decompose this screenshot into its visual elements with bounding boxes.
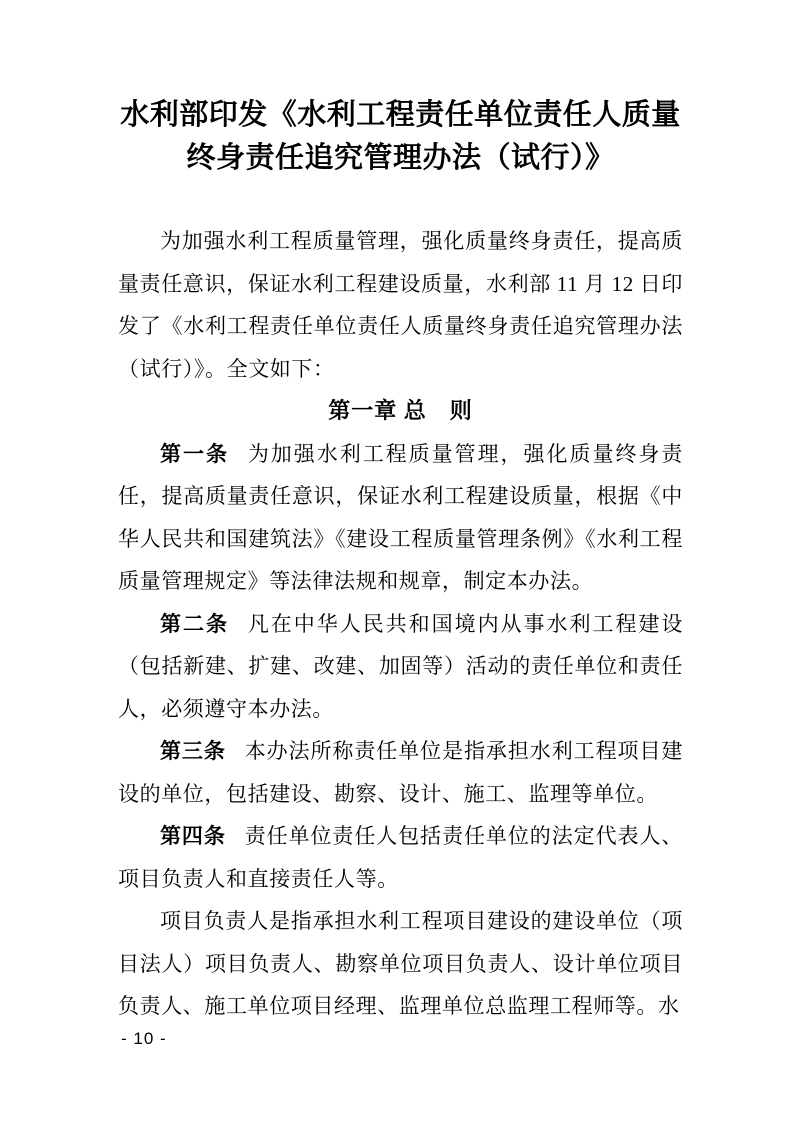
chapter-heading: 第一章 总 则 — [118, 390, 683, 433]
document-title-line-2: 终身责任追究管理办法（试行）》 — [118, 137, 683, 180]
document-page: 水利部印发《水利工程责任单位责任人质量 终身责任追究管理办法（试行）》 为加强水… — [0, 0, 800, 1131]
document-title-line-1: 水利部印发《水利工程责任单位责任人质量 — [118, 94, 683, 137]
page-number: - 10 - — [121, 1028, 167, 1050]
article-1: 第一条为加强水利工程质量管理，强化质量终身责任，提高质量责任意识，保证水利工程建… — [118, 433, 683, 603]
article-4-label: 第四条 — [160, 824, 226, 848]
intro-paragraph: 为加强水利工程质量管理，强化质量终身责任，提高质量责任意识，保证水利工程建设质量… — [118, 220, 683, 390]
closing-paragraph: 项目负责人是指承担水利工程项目建设的建设单位（项目法人）项目负责人、勘察单位项目… — [118, 900, 683, 1028]
article-2: 第二条凡在中华人民共和国境内从事水利工程建设（包括新建、扩建、改建、加固等）活动… — [118, 603, 683, 731]
article-2-label: 第二条 — [160, 612, 229, 636]
article-3: 第三条本办法所称责任单位是指承担水利工程项目建设的单位，包括建设、勘察、设计、施… — [118, 730, 683, 815]
article-4: 第四条责任单位责任人包括责任单位的法定代表人、项目负责人和直接责任人等。 — [118, 815, 683, 900]
article-3-label: 第三条 — [160, 739, 226, 763]
document-title: 水利部印发《水利工程责任单位责任人质量 终身责任追究管理办法（试行）》 — [118, 94, 683, 180]
article-1-label: 第一条 — [160, 442, 229, 466]
